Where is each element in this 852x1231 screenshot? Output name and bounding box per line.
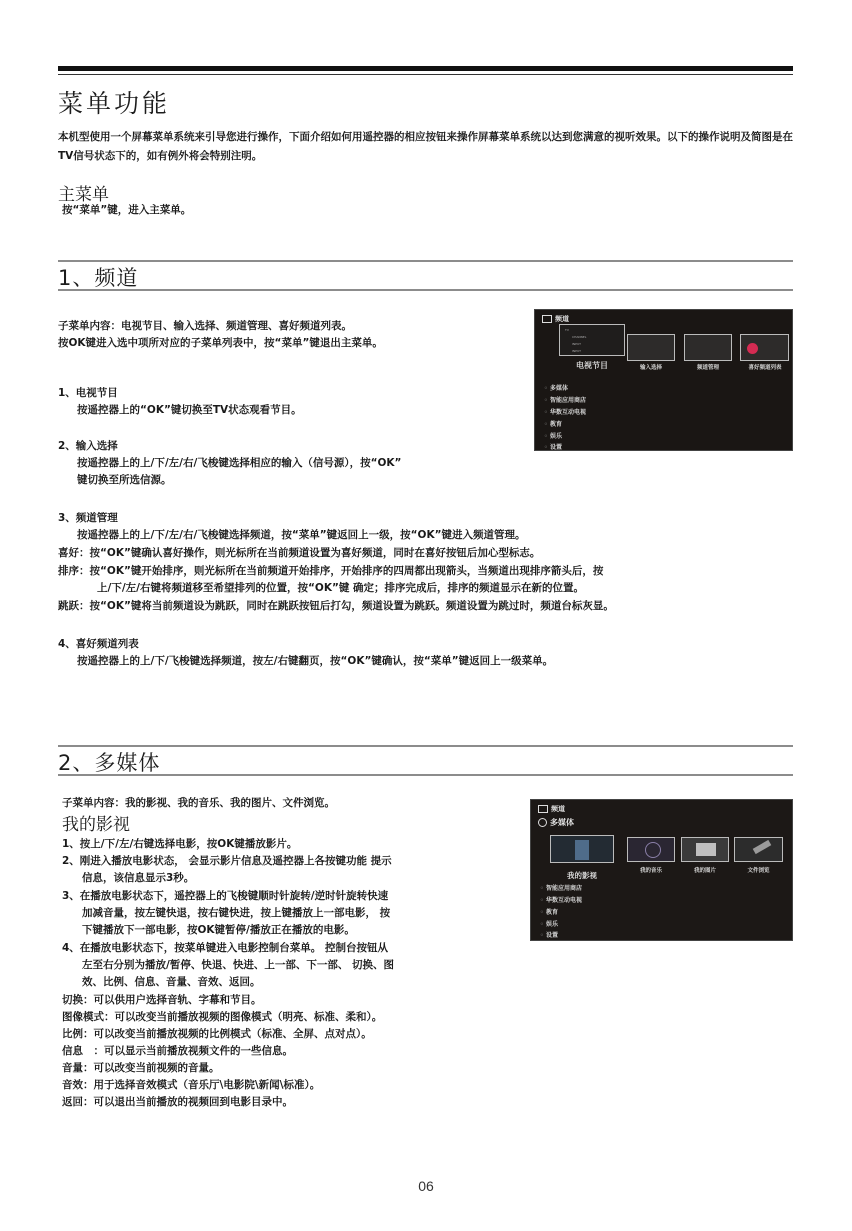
- section1-rule-top: [58, 260, 793, 262]
- top-rule-thin: [58, 74, 793, 75]
- step-3-line-2: 加减音量，按左键快退，按右键快进，按上键播放上一部电影， 按: [82, 905, 390, 922]
- section1-submenu: 子菜单内容：电视节目、输入选择、频道管理、喜好频道列表。: [58, 318, 352, 335]
- my-videos-heading: 我的影视: [62, 810, 130, 835]
- step-3-line-3: 下键播放下一部电影，按OK键暂停/播放正在播放的电影。: [82, 922, 355, 939]
- section1-title: 1、频道: [58, 262, 138, 292]
- section1-ok-hint: 按OK键进入选中项所对应的子菜单列表中，按“菜单”键退出主菜单。: [58, 335, 383, 352]
- tile-channel-manage: [684, 334, 732, 361]
- step-2-line-1: 2、刚进入播放电影状态， 会显示影片信息及遥控器上各按键功能 提示: [62, 853, 392, 870]
- item-input-text-1: 按遥控器上的上/下/左/右/飞梭键选择相应的输入（信号源），按“OK”: [58, 455, 401, 472]
- sidebar-settings: 设置: [540, 930, 558, 939]
- note-sort-1: 排序：按“OK”键开始排序，则光标所在当前频道开始排序，开始排序的四周都出现箭头…: [58, 563, 603, 580]
- intro-paragraph: 本机型使用一个屏幕菜单系统来引导您进行操作，下面介绍如何用遥控器的相应按钮来操作…: [58, 128, 798, 166]
- disc-icon: [645, 842, 661, 858]
- sidebar-interactive-tv: 华数互动电视: [540, 895, 582, 904]
- item-input-text-2: 键切换至所选信源。: [58, 472, 172, 489]
- item-tv-programs-text: 按遥控器上的“OK”键切换至TV状态观看节目。: [58, 402, 302, 419]
- tile-my-music: [627, 837, 675, 862]
- def-volume: 音量：可以改变当前视频的音量。: [62, 1060, 220, 1077]
- tile-tv-programs: TV CHANNEL INPUT INPUT: [559, 324, 625, 356]
- item-favorites-text: 按遥控器上的上/下/飞梭键选择频道，按左/右键翻页，按“OK”键确认，按“菜单”…: [58, 653, 553, 670]
- channel-menu-screenshot: 频道 TV CHANNEL INPUT INPUT 电视节目 输入选择 频道管理…: [534, 309, 793, 451]
- sidebar-app-store: 智能应用商店: [540, 883, 582, 892]
- sidebar-settings: 设置: [544, 442, 562, 451]
- tile-file-browse: [734, 837, 783, 862]
- sidebar-entertainment: 娱乐: [540, 919, 558, 928]
- sidebar-entertainment: 娱乐: [544, 431, 562, 440]
- tile-label-favorites: 喜好频道列表: [737, 363, 793, 371]
- note-skip: 跳跃：按“OK”键将当前频道设为跳跃，同时在跳跃按钮后打勾，频道设置为跳跃。频道…: [58, 598, 614, 615]
- usb-icon: [753, 840, 772, 854]
- mini-list-item: INPUT: [572, 342, 581, 345]
- tv-icon: [538, 805, 548, 813]
- tv-icon: [542, 315, 552, 323]
- step-3-line-1: 3、在播放电影状态下，遥控器上的飞梭键顺时针旋转/逆时针旋转快速: [62, 888, 388, 905]
- tile-label-file-browse: 文件浏览: [734, 866, 783, 874]
- item-channel-manage-heading: 3、频道管理: [58, 510, 118, 527]
- main-menu-text: 按“菜单”键，进入主菜单。: [62, 202, 191, 217]
- mini-list-item: CHANNEL: [572, 335, 586, 338]
- tile-input-select: [627, 334, 675, 361]
- tile-label-tv-programs: 电视节目: [559, 360, 625, 371]
- tile-my-videos: [550, 835, 614, 863]
- note-sort-2: 上/下/左/右键将频道移至希望排列的位置，按“OK”键 确定；排序完成后，排序的…: [58, 580, 584, 597]
- step-4-line-3: 效、比例、信息、音量、音效、返回。: [82, 974, 261, 991]
- photo-icon: [696, 843, 716, 856]
- def-sound-effect: 音效：用于选择音效模式（音乐厅\电影院\新闻\标准）。: [62, 1077, 320, 1094]
- sidebar-app-store: 智能应用商店: [544, 395, 586, 404]
- section2-rule-bottom: [58, 774, 793, 776]
- section1-rule-bottom: [58, 289, 793, 291]
- tile-label-input-select: 输入选择: [627, 363, 675, 371]
- multimedia-header: 多媒体: [538, 817, 574, 828]
- def-info: 信息 ：可以显示当前播放视频文件的一些信息。: [62, 1043, 293, 1060]
- tv-header-label: 频道: [555, 314, 569, 324]
- def-switch: 切换：可以供用户选择音轨、字幕和节目。: [62, 992, 262, 1009]
- tile-label-my-videos: 我的影视: [550, 870, 614, 881]
- sidebar-interactive-tv: 华数互动电视: [544, 407, 586, 416]
- tv-header: 频道: [542, 314, 569, 324]
- tv-header: 频道: [538, 804, 565, 814]
- def-ratio: 比例：可以改变当前播放视频的比例模式（标准、全屏、点对点）。: [62, 1026, 372, 1043]
- tile-label-my-music: 我的音乐: [627, 866, 675, 874]
- note-favorite: 喜好：按“OK”键确认喜好操作，则光标所在当前频道设置为喜好频道，同时在喜好按钮…: [58, 545, 540, 562]
- section2-rule-top: [58, 745, 793, 747]
- section2-title: 2、多媒体: [58, 747, 160, 777]
- tv-header-label: 频道: [551, 804, 565, 814]
- sidebar-education: 教育: [540, 907, 558, 916]
- step-4-line-2: 左至右分别为播放/暂停、快退、快进、上一部、下一部、 切换、图: [82, 957, 394, 974]
- sidebar-multimedia: 多媒体: [544, 383, 568, 392]
- heart-marker-icon: [747, 343, 758, 354]
- step-1: 1、按上/下/左/右键选择电影，按OK键播放影片。: [62, 836, 297, 853]
- def-picture-mode: 图像模式：可以改变当前播放视频的图像模式（明亮、标准、柔和）。: [62, 1009, 382, 1026]
- clapboard-icon: [575, 840, 589, 860]
- tile-favorites: [740, 334, 789, 361]
- step-2-line-2: 信息，该信息显示3秒。: [82, 870, 194, 887]
- item-tv-programs-heading: 1、电视节目: [58, 385, 118, 402]
- multimedia-menu-screenshot: 频道 多媒体 我的影视 我的音乐 我的图片 文件浏览 智能应用商店 华数互动电视…: [530, 799, 793, 941]
- mini-list-item: TV: [565, 328, 569, 331]
- page-number: 06: [0, 1178, 852, 1194]
- mini-list-item: INPUT: [572, 349, 581, 352]
- item-input-heading: 2、输入选择: [58, 438, 118, 455]
- multimedia-icon: [538, 818, 547, 827]
- item-favorites-heading: 4、喜好频道列表: [58, 636, 139, 653]
- multimedia-header-label: 多媒体: [550, 817, 574, 828]
- tile-label-channel-manage: 频道管理: [684, 363, 732, 371]
- top-rule-thick: [58, 66, 793, 71]
- tile-label-my-pictures: 我的图片: [681, 866, 729, 874]
- def-return: 返回：可以退出当前播放的视频回到电影目录中。: [62, 1094, 293, 1111]
- page-title: 菜单功能: [58, 84, 170, 120]
- tile-my-pictures: [681, 837, 729, 862]
- step-4-line-1: 4、在播放电影状态下，按菜单键进入电影控制台菜单。 控制台按钮从: [62, 940, 388, 957]
- item-channel-manage-text: 按遥控器上的上/下/左/右/飞梭键选择频道，按“菜单”键返回上一级，按“OK”键…: [58, 527, 526, 544]
- sidebar-education: 教育: [544, 419, 562, 428]
